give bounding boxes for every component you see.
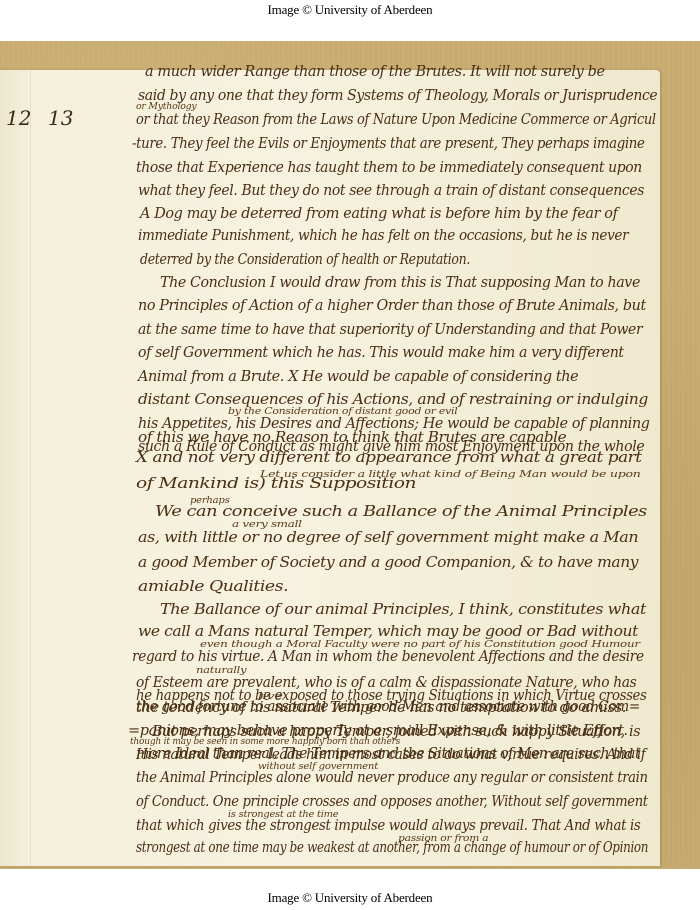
manuscript-line: of Conduct. One principle crosses and op…: [136, 792, 648, 810]
manuscript-line: We can conceive such a Ballance of the A…: [155, 502, 647, 520]
manuscript-mount-background: 12 13 a much wider Range than those of t…: [0, 41, 700, 869]
manuscript-line: at the same time to have that superiorit…: [138, 320, 642, 338]
manuscript-line: of this we have no Reason to think that …: [138, 428, 566, 446]
copyright-caption-top: Image © University of Aberdeen: [0, 2, 700, 18]
manuscript-line: A Dog may be deterred from eating what i…: [140, 204, 618, 222]
manuscript-line: distant Consequences of his Actions, and…: [138, 390, 648, 408]
manuscript-line: he happens not to be exposed to those tr…: [136, 686, 647, 704]
manuscript-line: strongest at one time may be weakest at …: [136, 838, 648, 856]
manuscript-line: of self Government which he has. This wo…: [138, 343, 624, 361]
manuscript-line: -ture. They feel the Evils or Enjoyments…: [132, 134, 645, 152]
manuscript-line: what they feel. But they do not see thro…: [138, 181, 644, 199]
manuscript-text: a much wider Range than those of the Bru…: [0, 70, 660, 866]
manuscript-line: those that Experience has taught them to…: [136, 158, 642, 176]
manuscript-line: The Conclusion I would draw from this is…: [160, 273, 640, 291]
manuscript-line: we call a Mans natural Temper, which may…: [138, 622, 638, 640]
manuscript-line: more Ideal than real. The Tempers and th…: [136, 744, 640, 762]
manuscript-line: that which gives the strongest impulse w…: [136, 816, 640, 834]
manuscript-line: Animal from a Brute. X He would be capab…: [138, 367, 578, 385]
manuscript-line: The Ballance of our animal Principles, I…: [160, 600, 646, 618]
manuscript-line: the Animal Principles alone would never …: [136, 768, 648, 786]
manuscript-page: 12 13 a much wider Range than those of t…: [0, 70, 660, 866]
manuscript-line: no Principles of Action of a higher Orde…: [138, 296, 646, 314]
manuscript-line: X and not very different to appearance f…: [136, 448, 642, 466]
manuscript-line: immediate Punishment, which he has felt …: [138, 226, 628, 244]
manuscript-line: a good Member of Society and a good Comp…: [138, 553, 638, 571]
manuscript-line: deterred by the Consideration of health …: [140, 250, 470, 268]
manuscript-line: or that they Reason from the Laws of Nat…: [136, 110, 656, 128]
copyright-caption-bottom: Image © University of Aberdeen: [0, 890, 700, 906]
manuscript-line: a much wider Range than those of the Bru…: [145, 62, 605, 80]
manuscript-line: of Mankind is) this Supposition: [136, 474, 416, 492]
manuscript-line: said by any one that they form Systems o…: [138, 86, 657, 104]
manuscript-line: amiable Qualities.: [138, 577, 288, 595]
manuscript-line: as, with little or no degree of self gov…: [138, 528, 638, 546]
manuscript-line: regard to his virtue. A Man in whom the …: [132, 647, 644, 665]
